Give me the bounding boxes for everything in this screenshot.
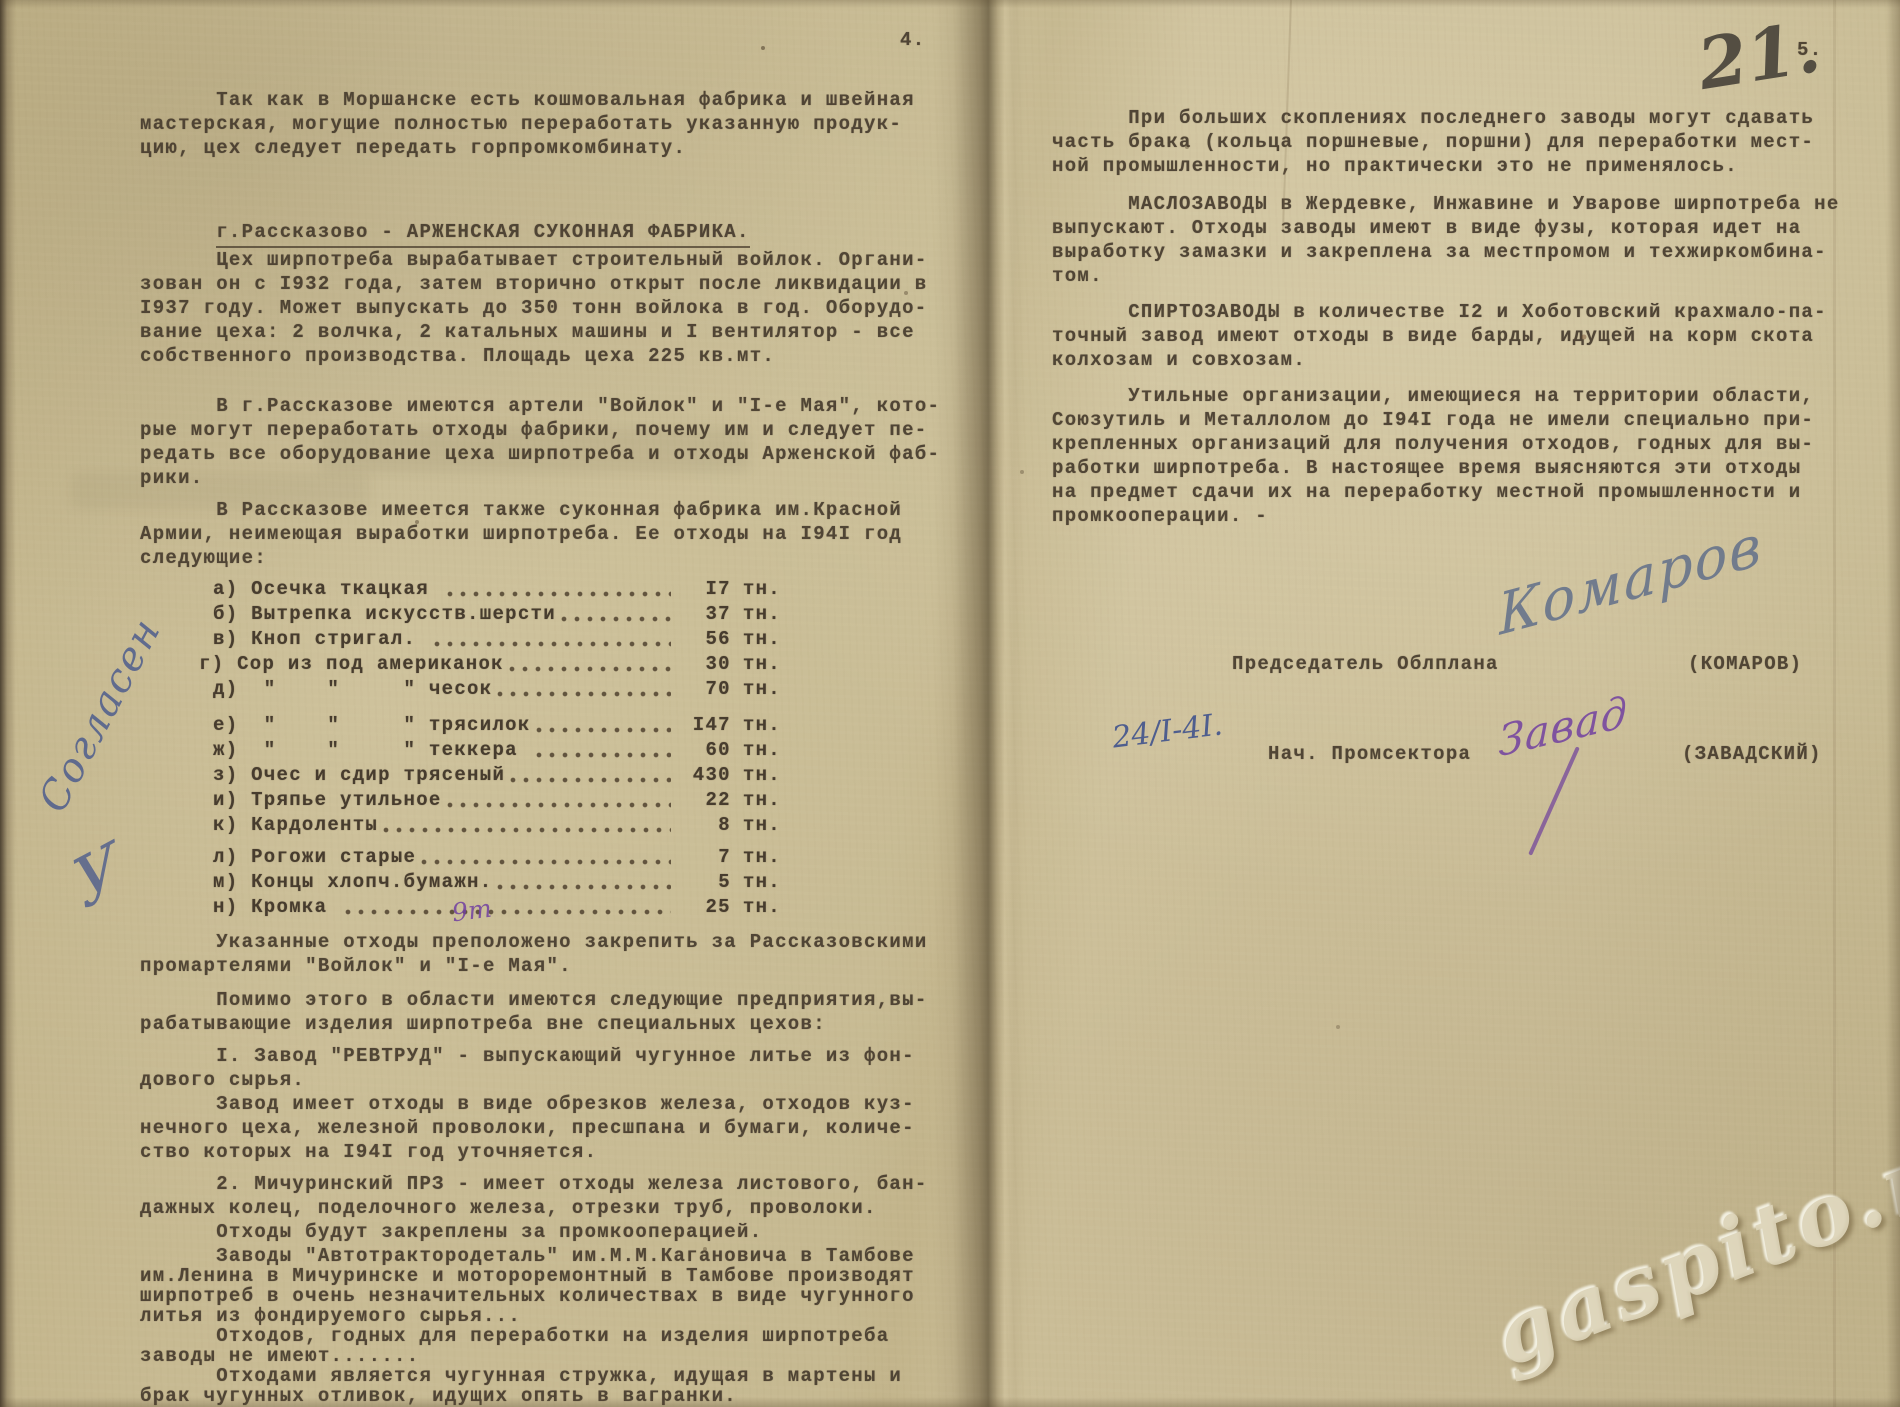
document-scan: 4. Так как в Моршанске есть кошмовальная… [0, 0, 1900, 1407]
waste-item-unit: тн. [743, 603, 781, 625]
dot-leader [344, 900, 671, 918]
waste-item-label: д) " " " чесок [213, 678, 492, 700]
waste-item-value: 8 [679, 814, 731, 836]
waste-item-unit: тн. [743, 653, 781, 675]
waste-item-label: м) Концы хлопч.бумажн. [213, 871, 492, 893]
waste-item-label: л) Рогожи старые [213, 846, 416, 868]
paragraph-assigned: Указанные отходы преположено закрепить з… [140, 930, 970, 978]
waste-item-value: 5 [679, 871, 731, 893]
waste-item-unit: тн. [743, 764, 781, 786]
waste-item-value: 37 [679, 603, 731, 625]
waste-item-label: а) Осечка ткацкая [213, 578, 442, 600]
waste-item-value: 56 [679, 628, 731, 650]
section-heading-text: г.Рассказово - АРЖЕНСКАЯ СУКОННАЯ ФАБРИК… [216, 221, 749, 248]
waste-item-label: з) Очес и сдир трясеный [213, 764, 505, 786]
waste-item-value: 22 [679, 789, 731, 811]
waste-item-value: I47 [679, 714, 731, 736]
paragraph-util: Утильные организации, имеющиеся на терри… [1052, 384, 1892, 528]
waste-list-group-1: а) Осечка ткацкая I7 тн. б) Вытрепка иск… [213, 578, 781, 703]
signature-title-2: Нач. Промсектора [1268, 742, 1471, 766]
waste-item-value: 30 [679, 653, 731, 675]
scan-edge-right [1886, 0, 1900, 1407]
paragraph-revtrud: I. Завод "РЕВТРУД" - выпускающий чугунно… [140, 1044, 970, 1164]
waste-item-value: 7 [679, 846, 731, 868]
waste-item-unit: тн. [743, 846, 781, 868]
waste-item-value: I7 [679, 578, 731, 600]
watermark-text: gaspito.ru [1480, 1104, 1900, 1386]
scan-edge-left [0, 0, 16, 1407]
dot-leader [496, 682, 670, 700]
paragraph-spirtzavody: СПИРТОЗАВОДЫ в количестве I2 и Хоботовск… [1052, 300, 1892, 372]
page-number-left: 4. [900, 28, 925, 52]
page-number-right: 5. [1797, 38, 1822, 62]
margin-note-handwriting: Согласен [30, 610, 170, 819]
waste-list-group-2: е) " " " трясилок I47 тн. ж) " " " текке… [213, 714, 781, 839]
waste-item-unit: тн. [743, 871, 781, 893]
zavadsky-signature-handwriting: Завад [1498, 686, 1628, 766]
waste-item-unit: тн. [743, 628, 781, 650]
correction-mark-handwriting: 9т [450, 894, 493, 928]
waste-list-item: в) Кноп стригал. 56 тн. [213, 628, 781, 653]
waste-list-item: к) Кардоленты 8 тн. [213, 814, 781, 839]
waste-item-value: 25 [679, 896, 731, 918]
waste-list-item: г) Сор из под американок 30 тн. [199, 653, 781, 678]
dot-leader [509, 768, 671, 786]
dot-leader [535, 718, 671, 736]
waste-item-unit: тн. [743, 814, 781, 836]
waste-list-item: ж) " " " теккера 60 тн. [213, 739, 781, 764]
waste-item-label: н) Кромка [213, 896, 340, 918]
waste-item-value: 60 [679, 739, 731, 761]
waste-item-unit: тн. [743, 789, 781, 811]
dot-leader [508, 657, 671, 675]
margin-initial-handwriting: У [65, 828, 131, 925]
paragraph-avto: Заводы "Автотрактородеталь" им.М.М.Каган… [140, 1246, 970, 1406]
scan-edge-top [0, 0, 1900, 8]
dot-leader [560, 607, 671, 625]
waste-list-item: з) Очес и сдир трясеный 430 тн. [213, 764, 781, 789]
dot-leader [446, 793, 671, 811]
signature-name-1: (КОМАРОВ) [1688, 652, 1802, 676]
waste-item-label: ж) " " " теккера [213, 739, 531, 761]
waste-list-item: д) " " " чесок 70 тн. [213, 678, 781, 703]
waste-item-label: в) Кноп стригал. [213, 628, 429, 650]
paragraph-scrap: При больших скоплениях последнего заводы… [1052, 106, 1892, 178]
dot-leader [433, 632, 671, 650]
paragraph-factory: В Рассказове имеется также суконная фабр… [140, 498, 960, 570]
waste-item-label: и) Тряпье утильное [213, 789, 442, 811]
paragraph-shop: Цех ширпотреба вырабатывает строительный… [140, 248, 960, 368]
waste-item-label: е) " " " трясилок [213, 714, 531, 736]
waste-list-item: л) Рогожи старые 7 тн. [213, 846, 781, 871]
waste-item-value: 70 [679, 678, 731, 700]
waste-item-unit: тн. [743, 896, 781, 918]
waste-list-group-3: л) Рогожи старые 7 тн. м) Концы хлопч.бу… [213, 846, 781, 921]
date-handwriting: 24/I-4I. [1110, 707, 1224, 755]
scan-edge-bottom [0, 1397, 1900, 1407]
waste-list-item: е) " " " трясилок I47 тн. [213, 714, 781, 739]
waste-list-item: а) Осечка ткацкая I7 тн. [213, 578, 781, 603]
waste-item-label: к) Кардоленты [213, 814, 378, 836]
waste-item-unit: тн. [743, 714, 781, 736]
paragraph-besides: Помимо этого в области имеются следующие… [140, 988, 970, 1036]
waste-item-unit: тн. [743, 678, 781, 700]
waste-list-item: н) Кромка 25 тн. [213, 896, 781, 921]
paragraph-maslozavody: МАСЛОЗАВОДЫ в Жердевке, Инжавине и Уваро… [1052, 192, 1892, 288]
dot-leader [420, 850, 671, 868]
komarov-signature-handwriting: Комаров [1497, 512, 1764, 649]
waste-list-item: м) Концы хлопч.бумажн. 5 тн. [213, 871, 781, 896]
waste-item-unit: тн. [743, 578, 781, 600]
paragraph-prz: 2. Мичуринский ПРЗ - имеет отходы железа… [140, 1172, 970, 1244]
waste-list-item: б) Вытрепка искусств.шерсти 37 тн. [213, 603, 781, 628]
signature-flourish [1528, 746, 1580, 855]
waste-item-label: г) Сор из под американок [199, 653, 504, 675]
waste-item-value: 430 [679, 764, 731, 786]
paragraph-intro: Так как в Моршанске есть кошмовальная фа… [140, 88, 960, 160]
dot-leader [496, 875, 670, 893]
signature-name-2: (ЗАВАДСКИЙ) [1682, 742, 1822, 766]
dot-leader [535, 743, 671, 761]
signature-title-1: Председатель Облплана [1232, 652, 1499, 676]
waste-list-item: и) Тряпье утильное 22 тн. [213, 789, 781, 814]
waste-item-unit: тн. [743, 739, 781, 761]
paragraph-artels: В г.Рассказове имеются артели "Войлок" и… [140, 394, 970, 490]
dot-leader [382, 818, 671, 836]
waste-item-label: б) Вытрепка искусств.шерсти [213, 603, 556, 625]
dot-leader [446, 582, 671, 600]
